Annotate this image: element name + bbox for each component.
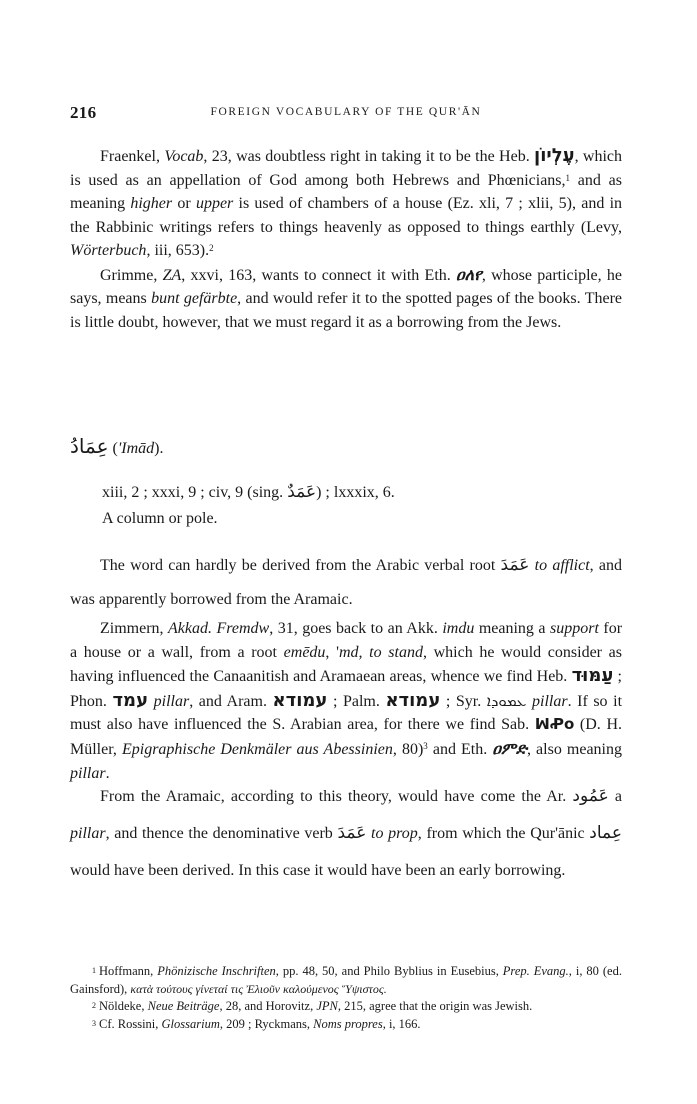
section-continuation: Fraenkel, Vocab, 23, was doubtless right… <box>70 144 622 334</box>
paragraph-grimme: Grimme, ZA, xxvi, 163, wants to connect … <box>70 263 622 335</box>
ethiopic-word: ዐለየ <box>456 265 482 284</box>
paragraph-aramaic-theory: From the Aramaic, according to this theo… <box>70 778 622 889</box>
headword-transliteration: 'Imād <box>118 440 154 457</box>
palmyrene-word: עמודא <box>385 690 440 711</box>
running-head: 216 Foreign Vocabulary of the Qur'ān <box>70 103 622 125</box>
entry-headword: عِمَادُ ('Imād). <box>70 432 163 463</box>
work-title: Wörterbuch <box>70 242 146 259</box>
footnote-ref-3: 3 <box>423 741 428 751</box>
arabic-quranic: عِماد <box>589 823 622 843</box>
paragraph-fraenkel: Fraenkel, Vocab, 23, was doubtless right… <box>70 144 622 263</box>
aramaic-word: עמודא <box>273 690 328 711</box>
entry-gloss: A column or pole. <box>102 507 218 531</box>
paragraph-derivation: The word can hardly be derived from the … <box>70 548 622 617</box>
footnote-ref-1: 1 <box>566 173 571 183</box>
work-title: Vocab <box>164 148 203 165</box>
footnote-3: 3Cf. Rossini, Glossarium, 209 ; Ryckmans… <box>70 1016 622 1034</box>
arabic-pillar: عَمُود <box>572 786 608 806</box>
arabic-singular: عَمَدٌ <box>287 482 316 502</box>
headword-arabic: عِمَادُ <box>70 434 109 458</box>
work-title: Epigraphische Denkmäler aus Abessinien <box>122 741 393 758</box>
paragraph-zimmern: Zimmern, Akkad. Fremdw, 31, goes back to… <box>70 617 622 785</box>
syriac-word: ܥܡܘܕܐ <box>487 692 527 710</box>
arabic-root: عَمَدَ <box>501 555 530 575</box>
ethiopic-word: ዐምድ <box>492 739 527 758</box>
hebrew-word: עֶלְיוֹן <box>534 145 575 166</box>
footnotes: 1Hoffmann, Phönizische Inschriften, pp. … <box>70 963 622 1033</box>
entry-discussion: The word can hardly be derived from the … <box>70 548 622 889</box>
footnote-ref-2: 2 <box>209 243 214 253</box>
work-title: Akkad. Fremdw <box>168 620 269 637</box>
hebrew-word: עַמּוּד <box>572 665 614 686</box>
entry-references: xiii, 2 ; xxxi, 9 ; civ, 9 (sing. عَمَدٌ… <box>102 478 395 507</box>
arabic-verb: عَمَدَ <box>337 823 366 843</box>
footnote-2: 2Nöldeke, Neue Beiträge, 28, and Horovit… <box>70 998 622 1016</box>
footnote-1: 1Hoffmann, Phönizische Inschriften, pp. … <box>70 963 622 998</box>
journal-abbrev: ZA <box>163 267 182 284</box>
greek-quotation: κατὰ τούτους γίνεταί τις Ἐλιοῦν καλούμεν… <box>130 982 386 996</box>
sabaean-word: ꟽꝒo <box>535 715 574 733</box>
phoenician-word: עמד <box>112 690 148 711</box>
running-title: Foreign Vocabulary of the Qur'ān <box>70 106 622 118</box>
